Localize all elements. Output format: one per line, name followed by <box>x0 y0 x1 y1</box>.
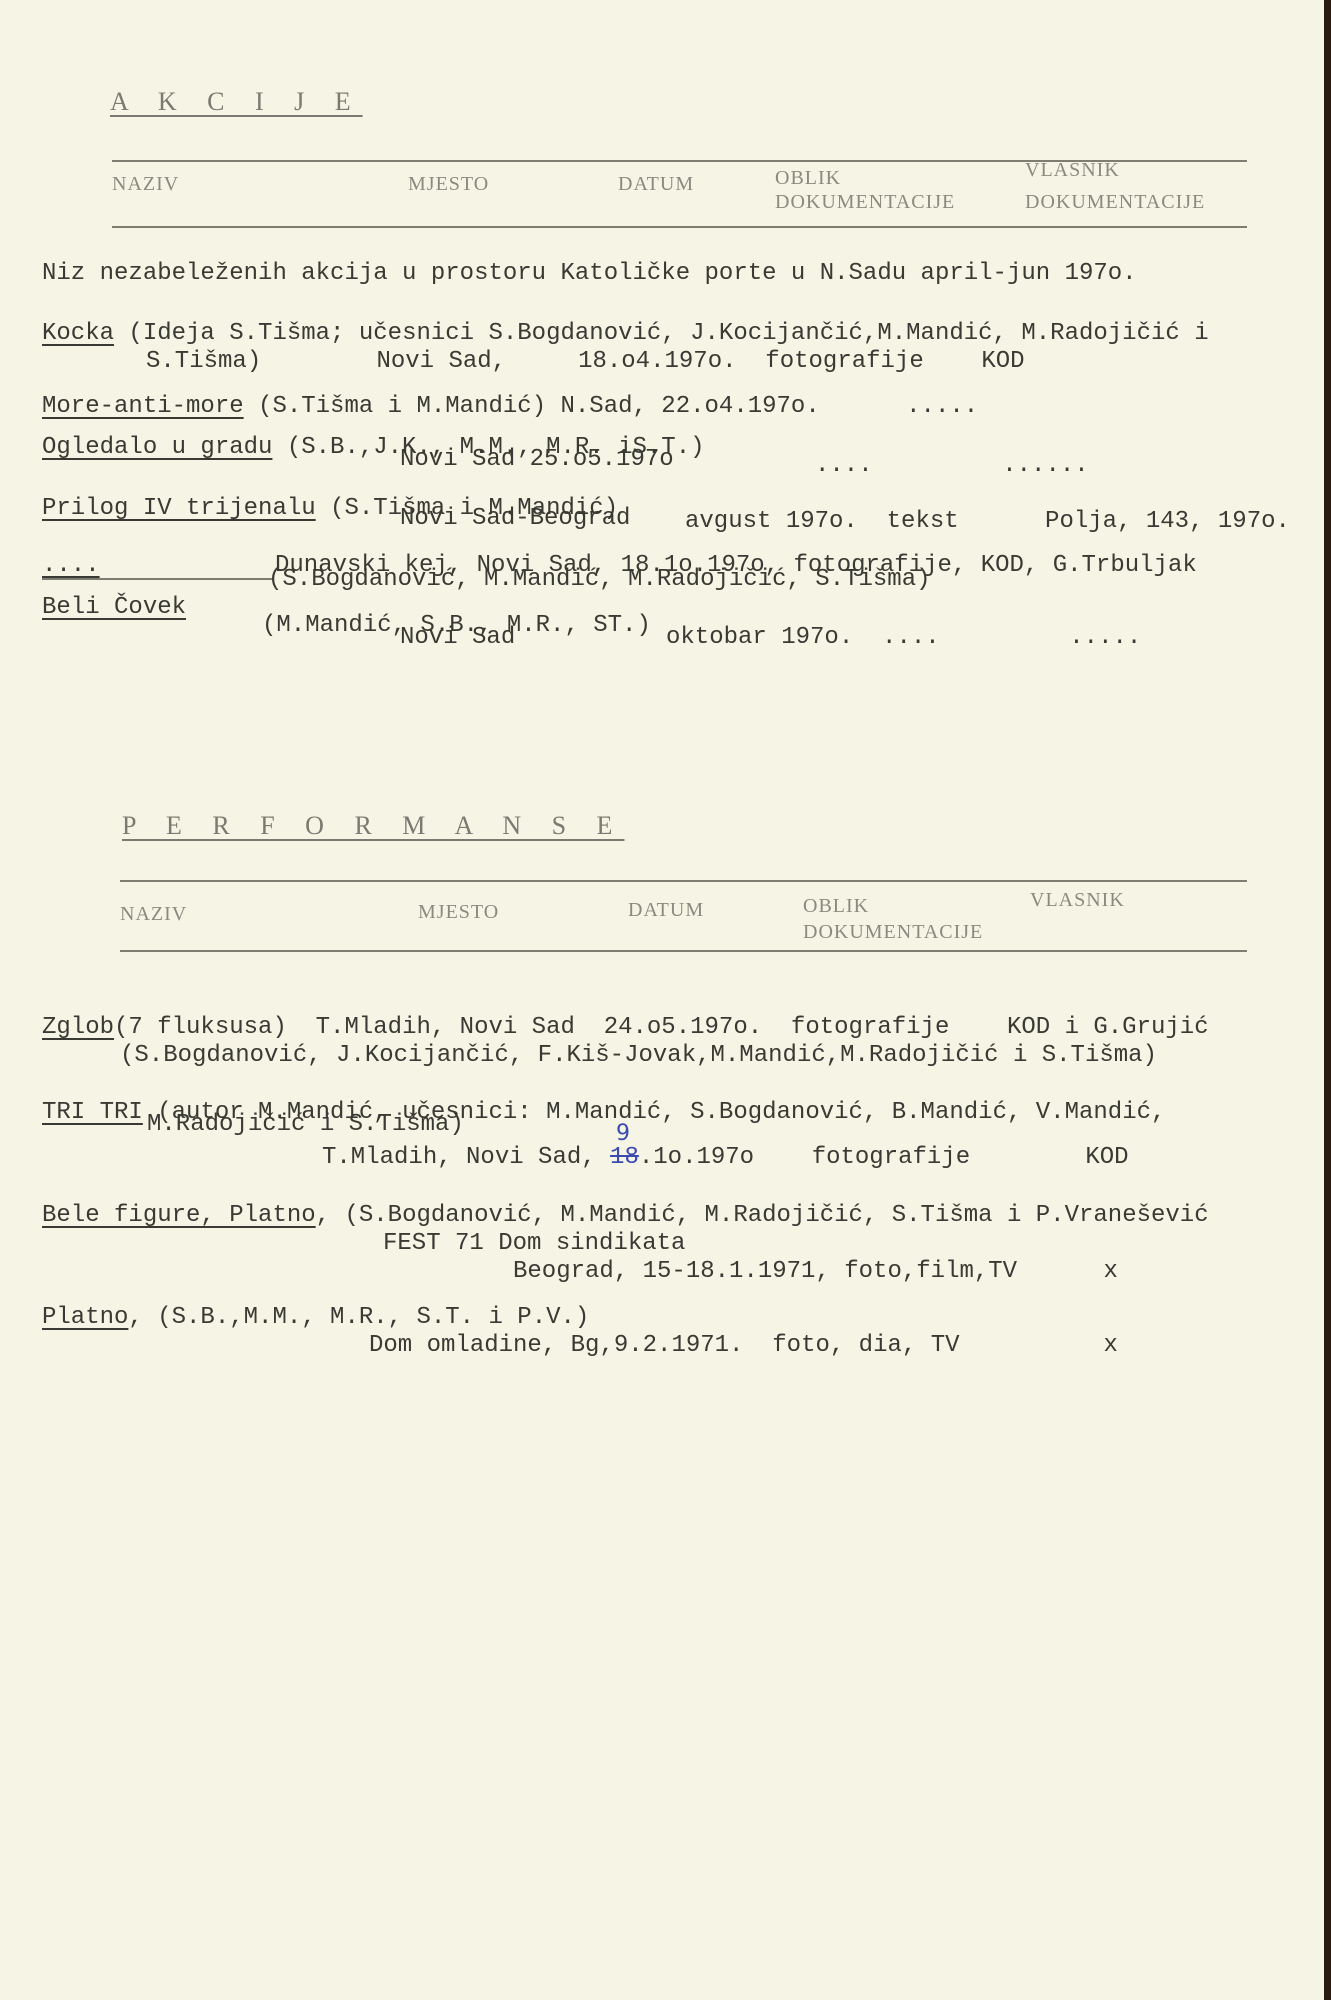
date-and-form: .1o.197o fotografije KOD <box>639 1144 1129 1171</box>
section-title-performanse: P E R F O R M A N S E <box>122 812 624 840</box>
item-details-line2: FEST 71 Dom sindikata <box>383 1230 685 1258</box>
item-overtype: (S.Bogdanović, M.Mandić, M.Radojičić, S.… <box>268 566 931 594</box>
akcije-intro: Niz nezabeleženih akcija u prostoru Kato… <box>42 260 1137 288</box>
header-mjesto: MJESTO <box>408 172 489 196</box>
item-details-line2: Dom omladine, Bg,9.2.1971. foto, dia, TV… <box>369 1332 1118 1360</box>
header-oblik-2: DOKUMENTACIJE <box>775 190 955 214</box>
item-details: , (S.Bogdanović, M.Mandić, M.Radojičić, … <box>316 1202 1209 1229</box>
item-overtype: Novi Sad-Beograd <box>400 505 630 533</box>
header-vlasnik: VLASNIK <box>1025 158 1120 182</box>
item-details: (S.Tišma i M.Mandić) N.Sad, 22.o4.197o. … <box>244 393 979 420</box>
item-details-tail: oktobar 197o. .... ..... <box>666 624 1141 652</box>
header-vlasnik-2: DOKUMENTACIJE <box>1025 190 1205 214</box>
item-title: Zglob <box>42 1014 114 1041</box>
page-edge-shadow <box>1324 0 1331 2000</box>
section-title-akcije: A K C I J E <box>110 88 363 116</box>
item-title: More-anti-more <box>42 393 244 420</box>
item-title: TRI TRI <box>42 1099 143 1126</box>
item-title: Kocka <box>42 320 114 347</box>
header-datum: DATUM <box>618 172 694 196</box>
item-title: .... <box>42 552 272 580</box>
item-details-line3: T.Mladih, Novi Sad, 189.1o.197o fotograf… <box>322 1144 1129 1172</box>
item-title: Beli Čovek <box>42 594 186 622</box>
item-overtype: Novi Sad 25.o5.197o <box>400 446 674 474</box>
item-details-tail: .... ...... <box>815 452 1089 480</box>
list-item: Kocka (Ideja S.Tišma; učesnici S.Bogdano… <box>42 320 1209 348</box>
item-details: (7 fluksusa) T.Mladih, Novi Sad 24.o5.19… <box>114 1014 1209 1041</box>
item-title: Platno <box>42 1304 128 1331</box>
header-oblik-2: DOKUMENTACIJE <box>803 920 983 944</box>
item-details-line2: S.Tišma) Novi Sad, 18.o4.197o. fotografi… <box>146 348 1025 376</box>
list-item: Platno, (S.B.,M.M., M.R., S.T. i P.V.) <box>42 1304 589 1332</box>
header-oblik: OBLIK <box>803 894 869 918</box>
header-naziv: NAZIV <box>120 902 187 926</box>
header-datum: DATUM <box>628 898 704 922</box>
list-item: Bele figure, Platno, (S.Bogdanović, M.Ma… <box>42 1202 1209 1230</box>
item-overtype: M.Radojičić i S.Tišma) <box>147 1111 464 1139</box>
table-header-bottom-rule <box>112 226 1247 228</box>
table-header-top-rule <box>120 880 1247 882</box>
item-title: Ogledalo u gradu <box>42 434 272 461</box>
header-vlasnik: VLASNIK <box>1030 888 1125 912</box>
table-header-bottom-rule <box>120 950 1247 952</box>
header-naziv: NAZIV <box>112 172 179 196</box>
item-details-line3: Beograd, 15-18.1.1971, foto,film,TV x <box>513 1258 1118 1286</box>
list-item: More-anti-more (S.Tišma i M.Mandić) N.Sa… <box>42 393 978 421</box>
handwritten-date-correction: 189 <box>610 1144 639 1171</box>
item-title-underline <box>42 578 274 580</box>
item-title: Bele figure, Platno <box>42 1202 316 1229</box>
item-overtype: Novi Sad <box>400 624 515 652</box>
struck-date: 18 <box>610 1144 639 1171</box>
item-details: , (S.B.,M.M., M.R., S.T. i P.V.) <box>128 1304 589 1331</box>
header-oblik: OBLIK <box>775 166 841 190</box>
item-details: (Ideja S.Tišma; učesnici S.Bogdanović, J… <box>114 320 1209 347</box>
list-item: Zglob(7 fluksusa) T.Mladih, Novi Sad 24.… <box>42 1014 1209 1042</box>
header-mjesto: MJESTO <box>418 900 499 924</box>
handwritten-digit: 9 <box>616 1120 630 1148</box>
venue-text: T.Mladih, Novi Sad, <box>322 1144 610 1171</box>
item-details-line2: (S.Bogdanović, J.Kocijančić, F.Kiš-Jovak… <box>120 1042 1157 1070</box>
item-details-tail: avgust 197o. tekst Polja, 143, 197o. <box>685 508 1290 536</box>
item-title: Prilog IV trijenalu <box>42 495 316 522</box>
